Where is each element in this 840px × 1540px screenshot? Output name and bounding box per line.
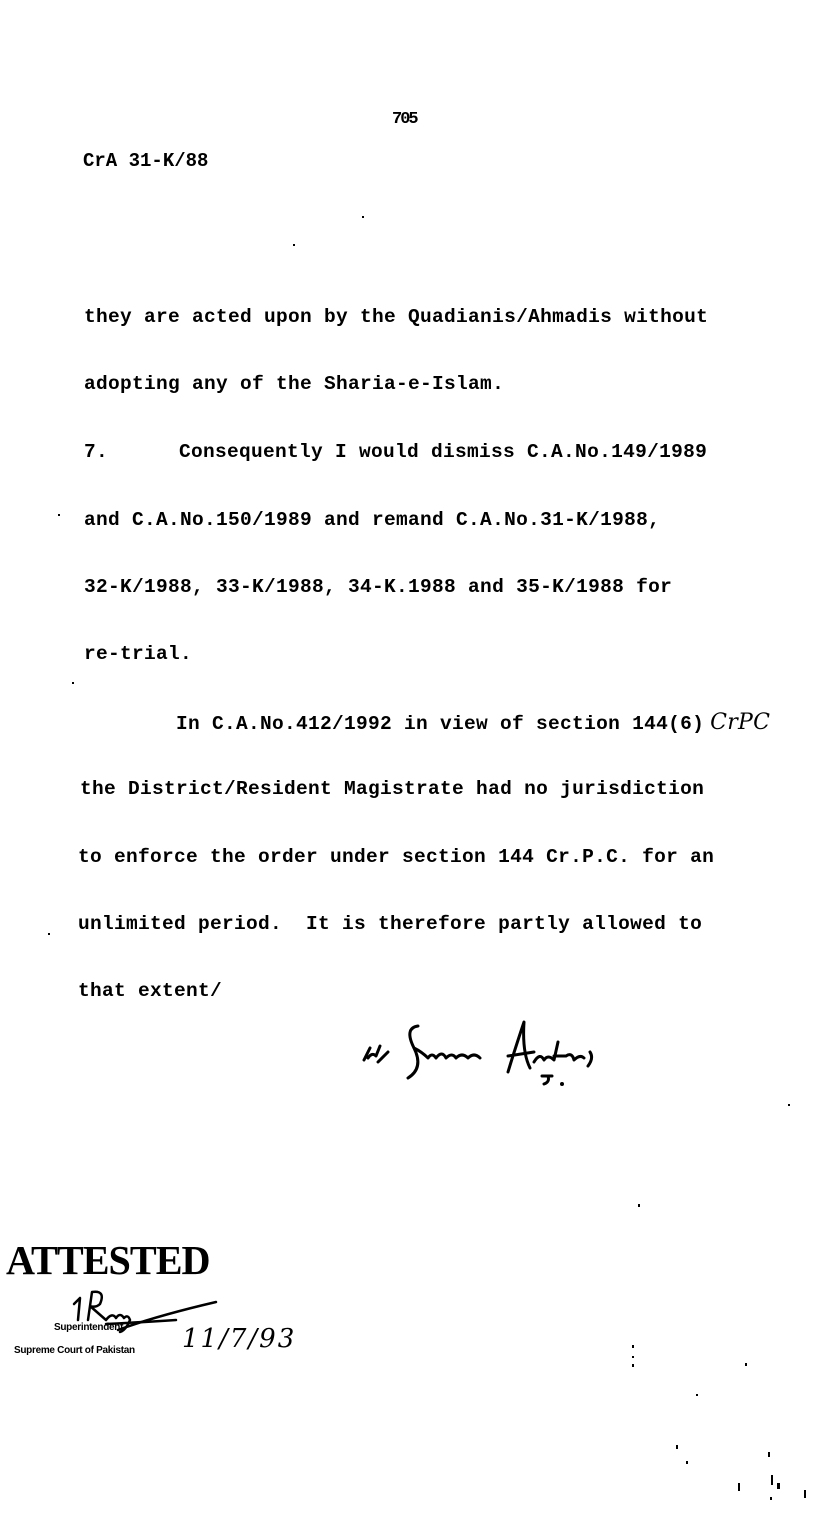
scan-speck [771, 1475, 773, 1485]
body-line: they are acted upon by the Quadianis/Ahm… [84, 306, 708, 328]
scan-speck [632, 1356, 634, 1358]
stamp-court: Supreme Court of Pakistan [14, 1345, 135, 1356]
body-line: adopting any of the Sharia-e-Islam. [84, 373, 504, 395]
scan-speck [777, 1483, 780, 1489]
scan-speck [72, 682, 74, 684]
body-line: In C.A.No.412/1992 in view of section 14… [176, 713, 704, 735]
body-line: the District/Resident Magistrate had no … [80, 778, 704, 800]
body-line: to enforce the order under section 144 C… [78, 846, 714, 868]
scan-speck [788, 1104, 790, 1106]
scan-speck [768, 1452, 770, 1457]
scan-speck [638, 1204, 640, 1207]
scan-speck [770, 1497, 772, 1500]
stamp-date: 11/7/93 [182, 1324, 296, 1354]
body-line: unlimited period. It is therefore partly… [78, 913, 702, 935]
scan-speck [696, 1394, 698, 1396]
scan-speck [738, 1483, 740, 1491]
scan-speck [686, 1461, 688, 1464]
scan-speck [58, 514, 60, 516]
scan-speck [632, 1364, 634, 1367]
body-line: that extent/ [78, 980, 222, 1002]
scan-speck [48, 933, 50, 935]
page-number: 705 [392, 110, 417, 129]
scan-speck [676, 1445, 678, 1449]
scan-speck [293, 244, 295, 246]
body-line-annotated: In C.A.No.412/1992 in view of section 14… [176, 710, 770, 735]
paragraph-7-line: 7.Consequently I would dismiss C.A.No.14… [84, 441, 707, 463]
body-line: re-trial. [84, 643, 192, 665]
handwritten-annotation: CrPC [710, 710, 770, 735]
stamp-role: Superintendent [54, 1322, 123, 1333]
body-line: and C.A.No.150/1989 and remand C.A.No.31… [84, 509, 660, 531]
body-line: Consequently I would dismiss C.A.No.149/… [179, 441, 707, 463]
signature-icon [358, 1012, 618, 1092]
attested-stamp: ATTESTED Superintendent Supreme Court of… [6, 1236, 286, 1376]
scan-speck [804, 1490, 806, 1498]
scan-speck [362, 216, 364, 218]
paragraph-number: 7. [84, 441, 179, 463]
body-line: 32-K/1988, 33-K/1988, 34-K.1988 and 35-K… [84, 576, 672, 598]
case-reference: CrA 31-K/88 [83, 150, 208, 172]
scan-speck [632, 1345, 634, 1348]
stamp-title: ATTESTED [6, 1236, 210, 1284]
scan-speck [745, 1363, 747, 1366]
judge-signature [358, 1012, 618, 1092]
document-page: 705 CrA 31-K/88 they are acted upon by t… [0, 0, 840, 1540]
